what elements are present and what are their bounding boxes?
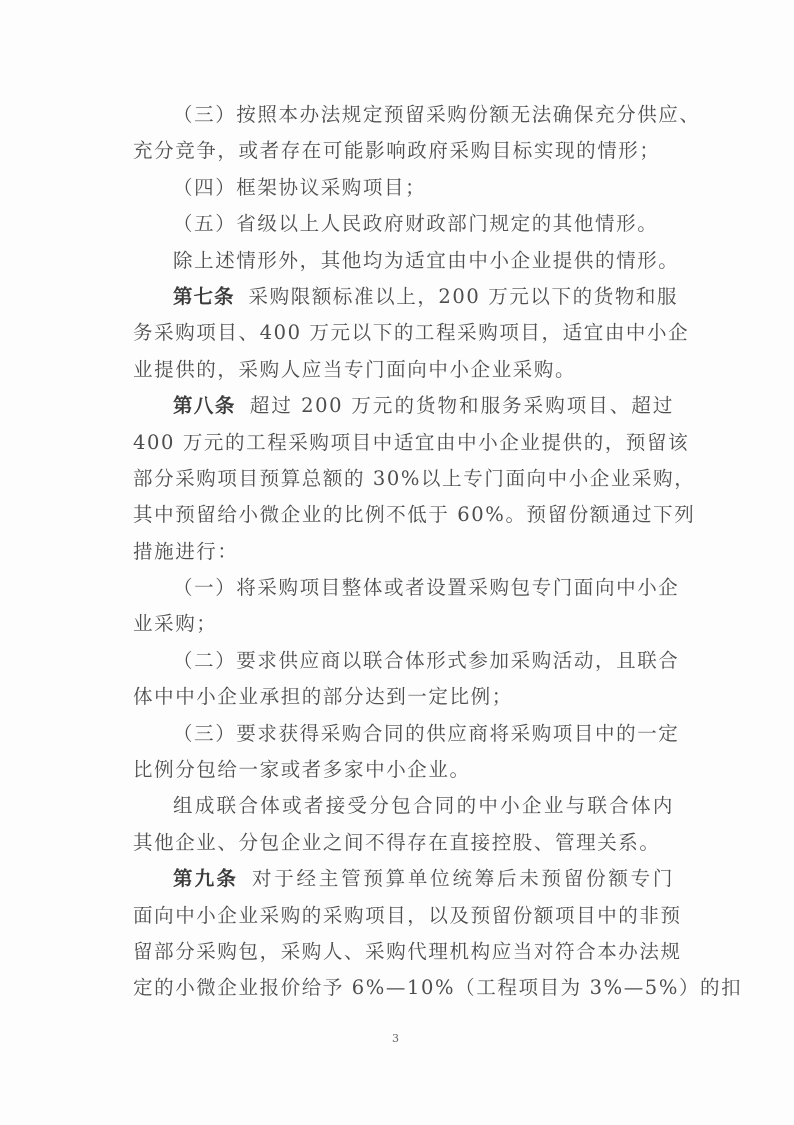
line-text: 体中中小企业承担的部分达到一定比例； xyxy=(133,685,513,708)
line-text: （三）要求获得采购合同的供应商将采购项目中的一定 xyxy=(173,722,679,745)
article-label: 第九条 xyxy=(173,867,238,890)
text-line: （二）要求供应商以联合体形式参加采购活动，且联合 xyxy=(133,643,674,679)
line-text: 除上述情形外，其他均为适宜由中小企业提供的情形。 xyxy=(173,249,679,272)
article-line: 第九条对于经主管预算单位统筹后未预留份额专门 xyxy=(133,861,674,897)
document-body: （三）按照本办法规定预留采购份额无法确保充分供应、充分竞争，或者存在可能影响政府… xyxy=(133,97,674,1007)
line-text: 业提供的，采购人应当专门面向中小企业采购。 xyxy=(133,358,576,381)
text-line: 组成联合体或者接受分包合同的中小企业与联合体内 xyxy=(133,788,674,824)
text-line: （一）将采购项目整体或者设置采购包专门面向中小企 xyxy=(133,570,674,606)
article-label: 第八条 xyxy=(173,394,236,417)
line-text: 组成联合体或者接受分包合同的中小企业与联合体内 xyxy=(173,794,674,817)
text-line: 面向中小企业采购的采购项目，以及预留份额项目中的非预 xyxy=(133,898,674,934)
line-text: 采购限额标准以上，200 万元以下的货物和服 xyxy=(249,285,679,308)
line-text: 对于经主管预算单位统筹后未预留份额专门 xyxy=(252,867,674,890)
text-line: （四）框架协议采购项目； xyxy=(133,170,674,206)
text-line: 业采购； xyxy=(133,606,674,642)
line-text: 充分竞争，或者存在可能影响政府采购目标实现的情形； xyxy=(133,139,661,162)
line-text: （一）将采购项目整体或者设置采购包专门面向中小企 xyxy=(173,576,679,599)
text-line: 其他企业、分包企业之间不得存在直接控股、管理关系。 xyxy=(133,825,674,861)
text-line: 部分采购项目预算总额的 30%以上专门面向中小企业采购， xyxy=(133,461,674,497)
text-line: 除上述情形外，其他均为适宜由中小企业提供的情形。 xyxy=(133,243,674,279)
line-text: 其中预留给小微企业的比例不低于 60%。预留份额通过下列 xyxy=(133,503,695,526)
line-text: 措施进行： xyxy=(133,540,239,563)
article-line: 第七条采购限额标准以上，200 万元以下的货物和服 xyxy=(133,279,674,315)
page-number: 3 xyxy=(392,1032,399,1045)
text-line: （五）省级以上人民政府财政部门规定的其他情形。 xyxy=(133,206,674,242)
text-line: 体中中小企业承担的部分达到一定比例； xyxy=(133,679,674,715)
text-line: 比例分包给一家或者多家中小企业。 xyxy=(133,752,674,788)
line-text: 务采购项目、400 万元以下的工程采购项目，适宜由中小企 xyxy=(133,321,689,344)
article-line: 第八条超过 200 万元的货物和服务采购项目、超过 xyxy=(133,388,674,424)
line-text: （五）省级以上人民政府财政部门规定的其他情形。 xyxy=(173,212,658,235)
line-text: 业采购； xyxy=(133,612,217,635)
line-text: 超过 200 万元的货物和服务采购项目、超过 xyxy=(250,394,674,417)
line-text: （四）框架协议采购项目； xyxy=(173,176,426,199)
text-line: （三）按照本办法规定预留采购份额无法确保充分供应、 xyxy=(133,97,674,133)
text-line: 务采购项目、400 万元以下的工程采购项目，适宜由中小企 xyxy=(133,315,674,351)
line-text: 其他企业、分包企业之间不得存在直接控股、管理关系。 xyxy=(133,831,661,854)
line-text: （二）要求供应商以联合体形式参加采购活动，且联合 xyxy=(173,649,679,672)
line-text: 面向中小企业采购的采购项目，以及预留份额项目中的非预 xyxy=(133,904,682,927)
line-text: 400 万元的工程采购项目中适宜由中小企业提供的，预留该 xyxy=(133,431,689,454)
text-line: 业提供的，采购人应当专门面向中小企业采购。 xyxy=(133,352,674,388)
article-label: 第七条 xyxy=(173,285,235,308)
text-line: 400 万元的工程采购项目中适宜由中小企业提供的，预留该 xyxy=(133,425,674,461)
line-text: 定的小微企业报价给予 6%—10%（工程项目为 3%—5%）的扣 xyxy=(133,976,742,999)
text-line: （三）要求获得采购合同的供应商将采购项目中的一定 xyxy=(133,716,674,752)
text-line: 定的小微企业报价给予 6%—10%（工程项目为 3%—5%）的扣 xyxy=(133,970,674,1006)
line-text: 留部分采购包，采购人、采购代理机构应当对符合本办法规 xyxy=(133,940,682,963)
line-text: 比例分包给一家或者多家中小企业。 xyxy=(133,758,471,781)
text-line: 措施进行： xyxy=(133,534,674,570)
text-line: 充分竞争，或者存在可能影响政府采购目标实现的情形； xyxy=(133,133,674,169)
document-page: （三）按照本办法规定预留采购份额无法确保充分供应、充分竞争，或者存在可能影响政府… xyxy=(0,0,794,1125)
line-text: （三）按照本办法规定预留采购份额无法确保充分供应、 xyxy=(173,103,701,126)
text-line: 留部分采购包，采购人、采购代理机构应当对符合本办法规 xyxy=(133,934,674,970)
line-text: 部分采购项目预算总额的 30%以上专门面向中小企业采购， xyxy=(133,467,695,490)
text-line: 其中预留给小微企业的比例不低于 60%。预留份额通过下列 xyxy=(133,497,674,533)
